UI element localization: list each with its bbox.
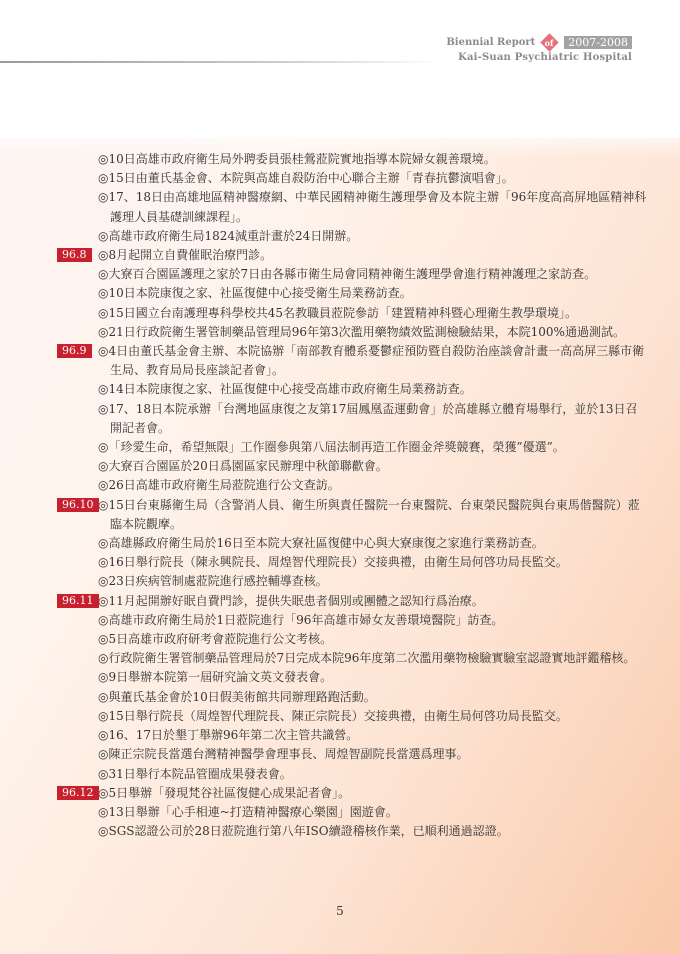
event-item: ◎行政院衛生署管制藥品管理局於7日完成本院96年度第二次濫用藥物檢驗實驗室認證實…	[57, 649, 647, 668]
event-item: ◎5日高雄市政府研考會蒞院進行公文考核。	[57, 630, 647, 649]
header-rule	[0, 61, 440, 63]
event-item: ◎17、18日本院承辦「台灣地區康復之友第17屆鳳凰盃運動會」於高雄縣立體育場舉…	[57, 400, 647, 438]
event-item: ◎5日舉辦「發現梵谷社區復健心成果記者會」。	[57, 784, 647, 803]
event-item: ◎陳正宗院長當選台灣精神醫學會理事長、周煌智副院長當選爲理事。	[57, 745, 647, 764]
month-badge: 96.8	[57, 248, 92, 262]
month-group: 96.10◎15日台東縣衛生局（含警消人員、衛生所與責任醫院一台東醫院、台東榮民…	[57, 496, 647, 592]
event-item: ◎21日行政院衛生署管制藥品管理局96年第3次濫用藥物績效監測檢驗結果，本院10…	[57, 323, 647, 342]
event-item: ◎高雄市政府衛生局於1日蒞院進行「96年高雄市婦女友善環境醫院」訪查。	[57, 611, 647, 630]
event-item: ◎10日高雄市政府衛生局外聘委員張桂鶯蒞院實地指導本院婦女親善環境。	[57, 150, 647, 169]
month-group: 96.8◎8月起開立自費催眠治療門診。◎大寮百合園區護理之家於7日由各縣市衛生局…	[57, 246, 647, 342]
of-diamond-icon: of	[541, 33, 559, 51]
event-item: ◎15日由董氏基金會、本院與高雄自殺防治中心聯合主辦「青春抗鬱演唱會」。	[57, 169, 647, 188]
event-item: ◎16、17日於墾丁舉辦96年第二次主管共識營。	[57, 726, 647, 745]
month-group: 96.9◎4日由董氏基金會主辦、本院協辦「南部教育體系憂鬱症預防暨自殺防治座談會…	[57, 342, 647, 496]
event-item: ◎大寮百合園區護理之家於7日由各縣市衛生局會同精神衛生護理學會進行精神護理之家訪…	[57, 265, 647, 284]
event-item: ◎高雄市政府衛生局1824減重計畫於24日開辦。	[57, 227, 647, 246]
header-title: Biennial Report	[446, 37, 535, 48]
event-item: ◎31日舉行本院品管圈成果發表會。	[57, 765, 647, 784]
event-item: ◎4日由董氏基金會主辦、本院協辦「南部教育體系憂鬱症預防暨自殺防治座談會計畫一高…	[57, 342, 647, 380]
month-group: ◎10日高雄市政府衛生局外聘委員張桂鶯蒞院實地指導本院婦女親善環境。◎15日由董…	[57, 150, 647, 246]
event-item: ◎11月起開辦好眠自費門診，提供失眠患者個別或團體之認知行爲治療。	[57, 592, 647, 611]
event-item: ◎23日疾病管制處蒞院進行感控輔導查核。	[57, 572, 647, 591]
event-item: ◎17、18日由高雄地區精神醫療網、中華民國精神衛生護理學會及本院主辦「96年度…	[57, 188, 647, 226]
event-item: ◎16日舉行院長（陳永興院長、周煌智代理院長）交接典禮，由衛生局何啓功局長監交。	[57, 553, 647, 572]
event-item: ◎與董氏基金會於10日假美術館共同辦理路跑活動。	[57, 688, 647, 707]
event-item: ◎13日舉辦「心手相連~打造精神醫療心樂園」園遊會。	[57, 803, 647, 822]
event-item: ◎15日國立台南護理專科學校共45名教職員蒞院參訪「建置精神科暨心理衛生教學環境…	[57, 304, 647, 323]
header-hospital: Kai-Suan Psychiatric Hospital	[446, 52, 632, 63]
month-badge: 96.11	[57, 594, 99, 608]
event-item: ◎SGS認證公司於28日蒞院進行第八年ISO續證稽核作業，已順利通過認證。	[57, 822, 647, 841]
event-item: ◎15日舉行院長（周煌智代理院長、陳正宗院長）交接典禮，由衛生局何啓功局長監交。	[57, 707, 647, 726]
event-item: ◎8月起開立自費催眠治療門診。	[57, 246, 647, 265]
page-number: 5	[0, 904, 680, 918]
chronology: ◎10日高雄市政府衛生局外聘委員張桂鶯蒞院實地指導本院婦女親善環境。◎15日由董…	[57, 150, 647, 841]
month-badge: 96.10	[57, 498, 99, 512]
month-badge: 96.9	[57, 344, 92, 358]
event-item: ◎10日本院康復之家、社區復健中心接受衛生局業務訪查。	[57, 284, 647, 303]
header-year: 2007-2008	[564, 36, 632, 49]
event-item: ◎9日舉辦本院第一屆研究論文英文發表會。	[57, 668, 647, 687]
month-group: 96.11◎11月起開辦好眠自費門診，提供失眠患者個別或團體之認知行爲治療。◎高…	[57, 592, 647, 784]
event-item: ◎14日本院康復之家、社區復健中心接受高雄市政府衛生局業務訪查。	[57, 380, 647, 399]
event-item: ◎15日台東縣衛生局（含警消人員、衛生所與責任醫院一台東醫院、台東榮民醫院與台東…	[57, 496, 647, 534]
month-badge: 96.12	[57, 786, 99, 800]
event-item: ◎26日高雄市政府衛生局蒞院進行公文查訪。	[57, 476, 647, 495]
event-item: ◎高雄縣政府衛生局於16日至本院大寮社區復健中心與大寮康復之家進行業務訪查。	[57, 534, 647, 553]
event-item: ◎「珍愛生命，希望無限」工作圈參與第八屆法制再造工作圈金斧獎競賽，榮獲”優選”。	[57, 438, 647, 457]
running-header: Biennial Report of 2007-2008 Kai-Suan Ps…	[446, 36, 632, 63]
event-item: ◎大寮百合園區於20日爲園區家民辦理中秋節聯歡會。	[57, 457, 647, 476]
month-group: 96.12◎5日舉辦「發現梵谷社區復健心成果記者會」。◎13日舉辦「心手相連~打…	[57, 784, 647, 842]
